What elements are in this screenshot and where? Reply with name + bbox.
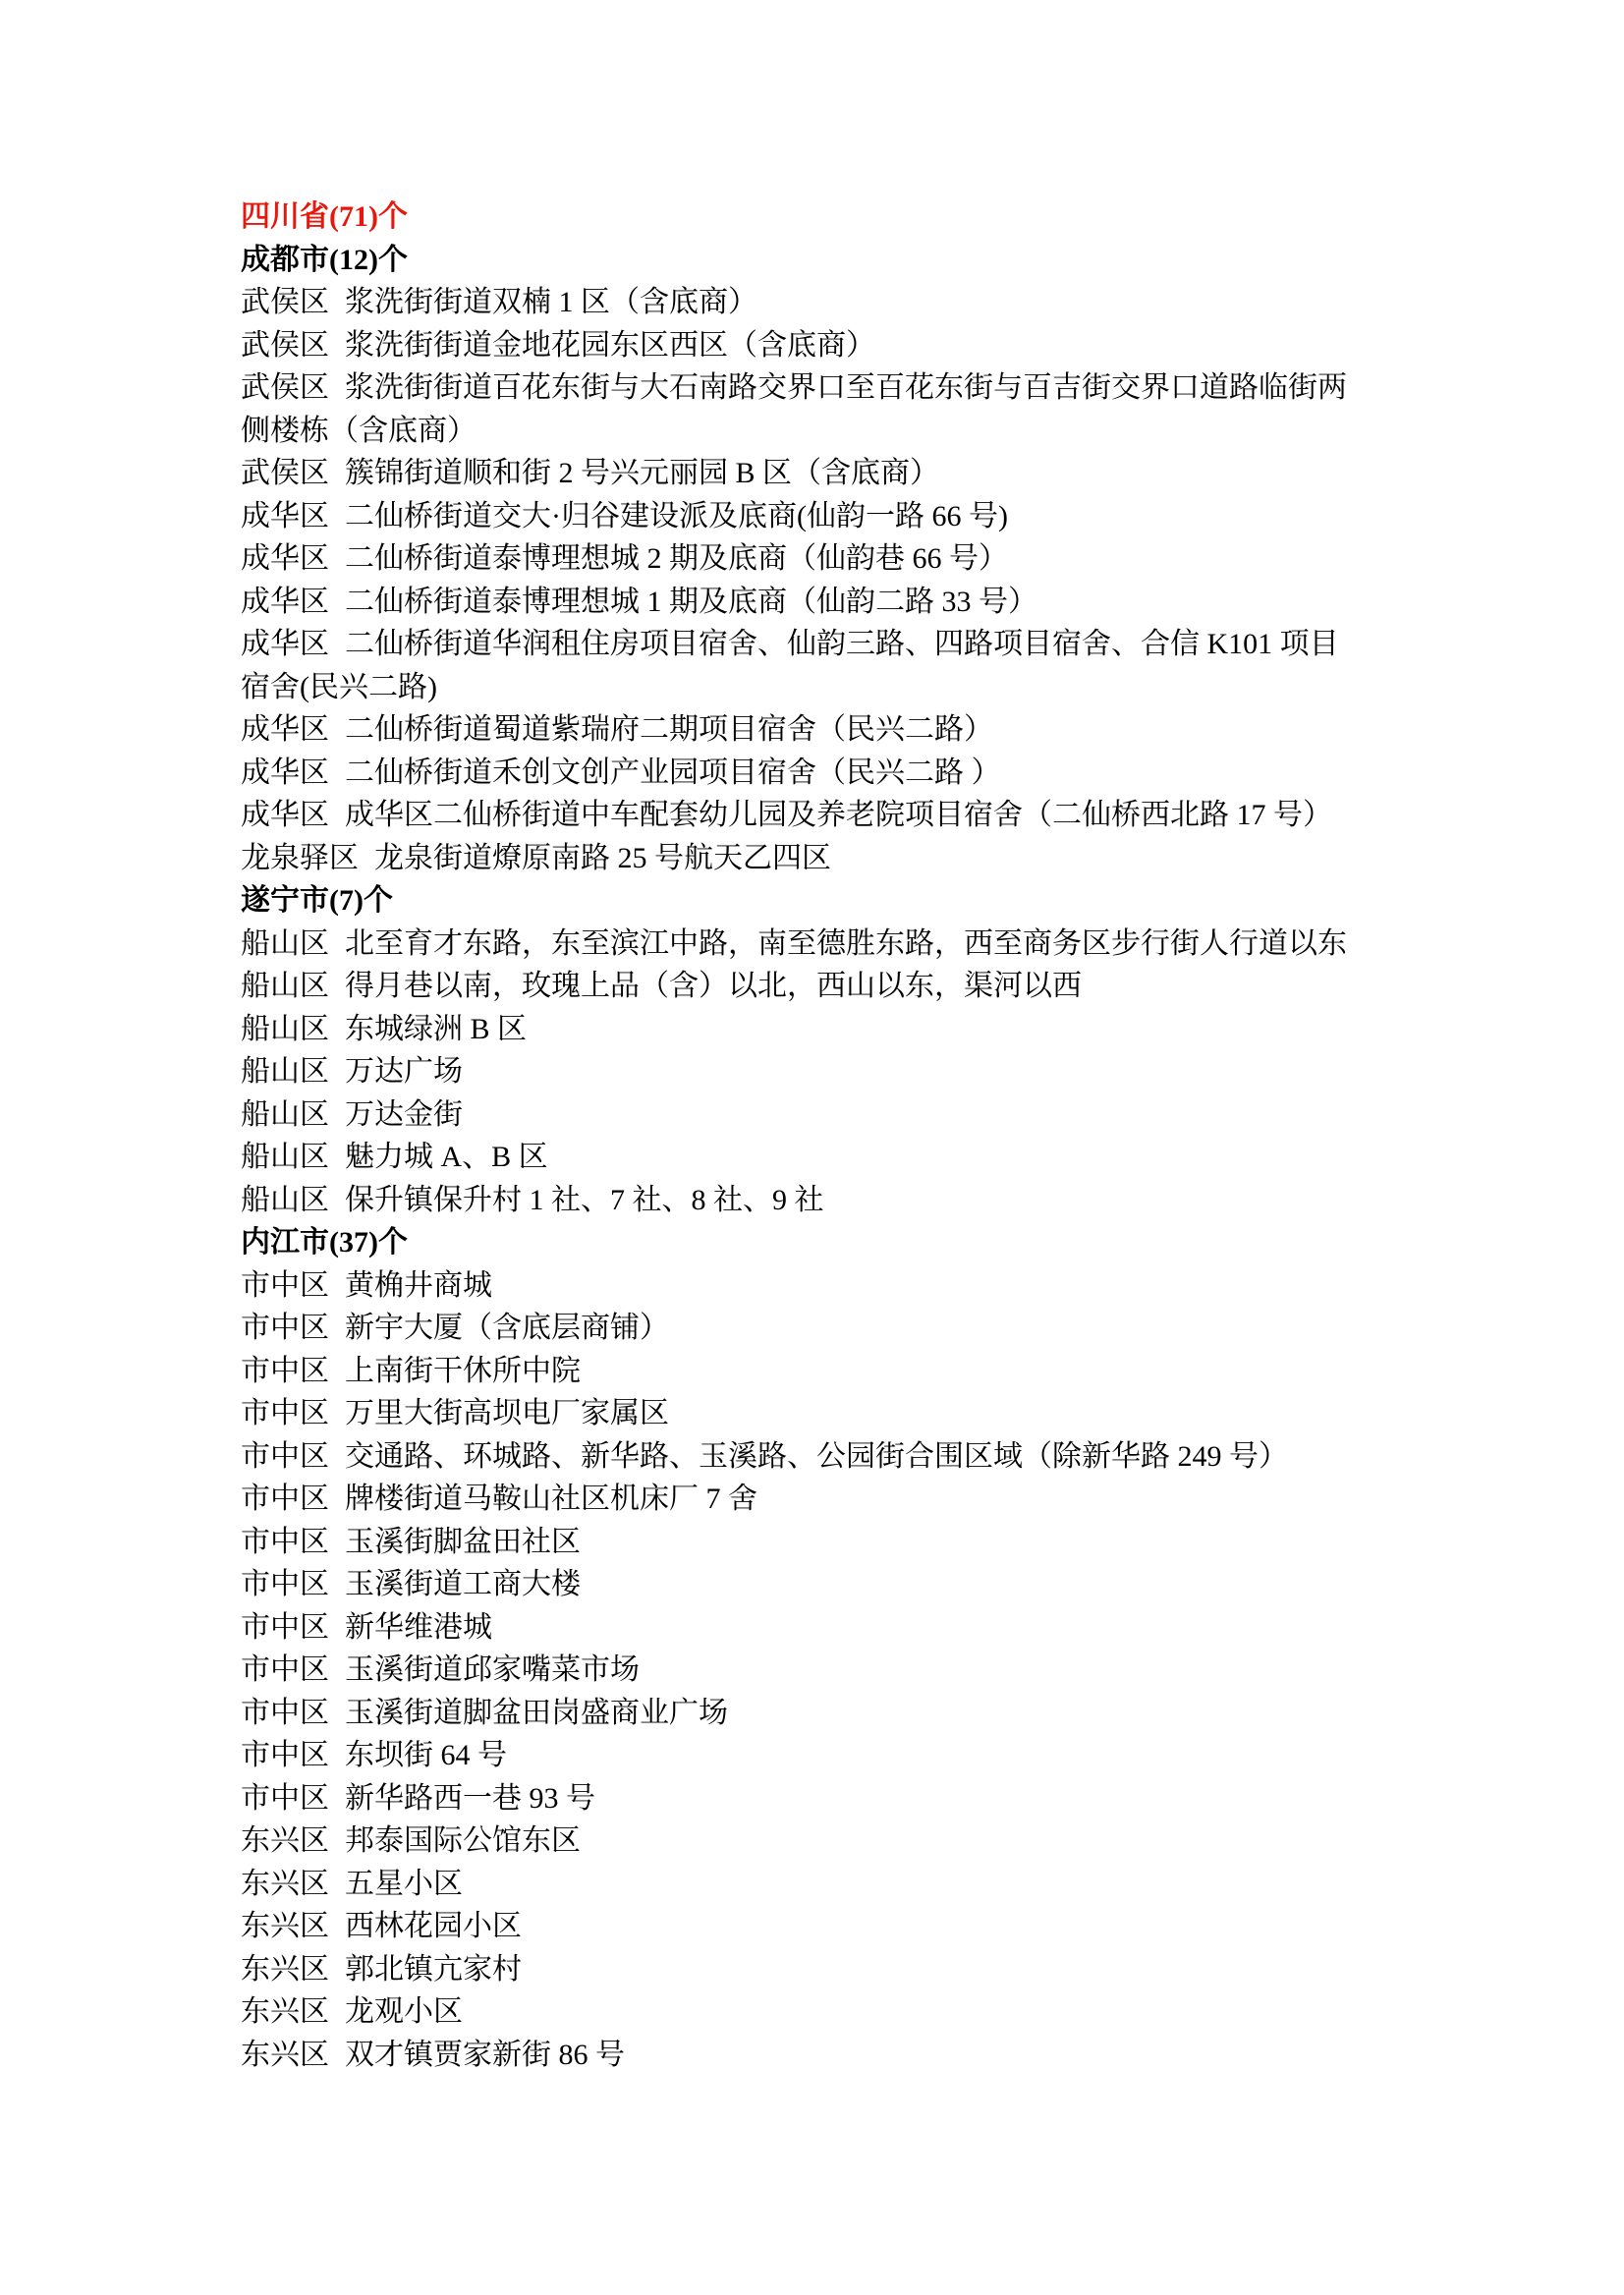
district-label: 市中区: [241, 1697, 329, 1729]
entry-row: 东兴区龙观小区: [241, 1990, 1400, 2034]
district-label: 市中区: [241, 1739, 329, 1771]
address-text: 簇锦街道顺和街 2 号兴元丽园 B 区（含底商）: [345, 457, 939, 489]
entry-row: 船山区魅力城 A、B 区: [241, 1136, 1400, 1179]
entry-row: 船山区万达广场: [241, 1050, 1400, 1093]
district-label: 市中区: [241, 1568, 329, 1600]
entry-row: 东兴区邦泰国际公馆东区: [241, 1819, 1400, 1863]
address-text: 东城绿洲 B 区: [345, 1013, 527, 1045]
entry-row: 龙泉驿区龙泉街道燎原南路 25 号航天乙四区: [241, 837, 1400, 880]
district-label: 市中区: [241, 1397, 329, 1429]
district-label: 船山区: [241, 1013, 329, 1045]
entry-row: 成华区二仙桥街道泰博理想城 2 期及底商（仙韵巷 66 号）: [241, 537, 1400, 581]
address-text: 邦泰国际公馆东区: [345, 1824, 581, 1857]
district-label: 船山区: [241, 970, 329, 1002]
entry-row: 市中区上南街干休所中院: [241, 1350, 1400, 1393]
district-label: 市中区: [241, 1653, 329, 1686]
entry-row: 市中区玉溪街脚盆田社区: [241, 1521, 1400, 1564]
entry-row: 船山区万达金街: [241, 1093, 1400, 1137]
address-text: 二仙桥街道泰博理想城 2 期及底商（仙韵巷 66 号）: [345, 542, 1008, 575]
district-label: 成华区: [241, 628, 329, 660]
district-label: 东兴区: [241, 1910, 329, 1942]
address-text: 北至育才东路，东至滨江中路，南至德胜东路，西至商务区步行街人行道以东: [345, 927, 1347, 960]
entry-row: 市中区新华维港城: [241, 1606, 1400, 1650]
entry-row: 武侯区浆洗街街道金地花园东区西区（含底商）: [241, 324, 1400, 367]
district-label: 武侯区: [241, 371, 329, 404]
entry-row: 市中区玉溪街道工商大楼: [241, 1563, 1400, 1606]
entry-row: 成华区二仙桥街道交大·归谷建设派及底商(仙韵一路 66 号): [241, 495, 1400, 538]
district-label: 市中区: [241, 1483, 329, 1515]
address-text: 西林花园小区: [345, 1910, 522, 1942]
district-label: 市中区: [241, 1269, 329, 1302]
address-text: 魅力城 A、B 区: [345, 1141, 548, 1173]
district-label: 东兴区: [241, 1824, 329, 1857]
district-label: 船山区: [241, 1184, 329, 1216]
entry-row: 成华区二仙桥街道蜀道紫瑞府二期项目宿舍（民兴二路）: [241, 708, 1400, 752]
address-text: 黄桷井商城: [345, 1269, 492, 1302]
address-text: 二仙桥街道蜀道紫瑞府二期项目宿舍（民兴二路）: [345, 713, 993, 746]
address-text: 龙泉街道燎原南路 25 号航天乙四区: [374, 842, 831, 874]
address-text: 浆洗街街道双楠 1 区（含底商）: [345, 286, 757, 318]
address-text: 双才镇贾家新街 86 号: [345, 2039, 625, 2071]
address-text: 保升镇保升村 1 社、7 社、8 社、9 社: [345, 1184, 824, 1216]
address-text: 玉溪街道脚盆田岗盛商业广场: [345, 1697, 728, 1729]
entry-row: 武侯区浆洗街街道百花东街与大石南路交界口至百花东街与百吉街交界口道路临街两: [241, 366, 1400, 410]
address-text: 玉溪街道邱家嘴菜市场: [345, 1653, 640, 1686]
entry-row: 市中区牌楼街道马鞍山社区机床厂 7 舍: [241, 1478, 1400, 1521]
address-text: 二仙桥街道华润租住房项目宿舍、仙韵三路、四路项目宿舍、合信 K101 项目: [345, 628, 1339, 660]
entry-row: 船山区东城绿洲 B 区: [241, 1008, 1400, 1051]
entry-row: 市中区东坝街 64 号: [241, 1734, 1400, 1777]
address-text: 新华路西一巷 93 号: [345, 1782, 595, 1815]
address-text: 五星小区: [345, 1868, 463, 1900]
address-text: 万达广场: [345, 1055, 463, 1088]
address-text: 得月巷以南，玫瑰上品（含）以北，西山以东，渠河以西: [345, 970, 1082, 1002]
district-label: 东兴区: [241, 1868, 329, 1900]
district-label: 市中区: [241, 1782, 329, 1815]
entry-row: 东兴区双才镇贾家新街 86 号: [241, 2034, 1400, 2077]
address-text: 交通路、环城路、新华路、玉溪路、公园街合围区域（除新华路 249 号）: [345, 1440, 1288, 1473]
entry-row: 市中区新宇大厦（含底层商铺）: [241, 1307, 1400, 1350]
district-label: 船山区: [241, 1098, 329, 1131]
entry-row: 成华区二仙桥街道泰博理想城 1 期及底商（仙韵二路 33 号）: [241, 581, 1400, 624]
entry-row: 武侯区浆洗街街道双楠 1 区（含底商）: [241, 281, 1400, 324]
address-text: 牌楼街道马鞍山社区机床厂 7 舍: [345, 1483, 757, 1515]
entry-row: 东兴区郭北镇亢家村: [241, 1948, 1400, 1991]
entry-row: 市中区万里大街高坝电厂家属区: [241, 1392, 1400, 1435]
district-label: 船山区: [241, 1055, 329, 1088]
entry-row: 船山区保升镇保升村 1 社、7 社、8 社、9 社: [241, 1179, 1400, 1222]
address-text: 新华维港城: [345, 1611, 492, 1644]
district-label: 市中区: [241, 1312, 329, 1344]
district-label: 市中区: [241, 1355, 329, 1387]
address-text: 新宇大厦（含底层商铺）: [345, 1312, 669, 1344]
district-label: 船山区: [241, 1141, 329, 1173]
address-text: 二仙桥街道泰博理想城 1 期及底商（仙韵二路 33 号）: [345, 586, 1037, 618]
entry-row: 船山区北至育才东路，东至滨江中路，南至德胜东路，西至商务区步行街人行道以东: [241, 923, 1400, 966]
address-text: 东坝街 64 号: [345, 1739, 507, 1771]
district-label: 市中区: [241, 1611, 329, 1644]
district-label: 成华区: [241, 542, 329, 575]
province-header: 四川省(71)个: [241, 196, 1400, 239]
district-label: 成华区: [241, 756, 329, 789]
district-label: 武侯区: [241, 457, 329, 489]
entry-row: 市中区黄桷井商城: [241, 1264, 1400, 1308]
address-text: 成华区二仙桥街道中车配套幼儿园及养老院项目宿舍（二仙桥西北路 17 号）: [345, 799, 1332, 831]
entry-row: 市中区交通路、环城路、新华路、玉溪路、公园街合围区域（除新华路 249 号）: [241, 1435, 1400, 1479]
district-label: 成华区: [241, 500, 329, 532]
district-label: 成华区: [241, 713, 329, 746]
address-text: 万里大街高坝电厂家属区: [345, 1397, 669, 1429]
district-label: 武侯区: [241, 286, 329, 318]
document-body: 四川省(71)个成都市(12)个武侯区浆洗街街道双楠 1 区（含底商）武侯区浆洗…: [241, 196, 1400, 2076]
district-label: 东兴区: [241, 2039, 329, 2071]
city-header: 成都市(12)个: [241, 239, 1400, 282]
address-text: 玉溪街道工商大楼: [345, 1568, 581, 1600]
district-label: 船山区: [241, 927, 329, 960]
entry-row: 市中区新华路西一巷 93 号: [241, 1777, 1400, 1820]
district-label: 成华区: [241, 586, 329, 618]
entry-row: 船山区得月巷以南，玫瑰上品（含）以北，西山以东，渠河以西: [241, 965, 1400, 1008]
document-page: 四川省(71)个成都市(12)个武侯区浆洗街街道双楠 1 区（含底商）武侯区浆洗…: [0, 0, 1624, 2295]
address-text: 二仙桥街道交大·归谷建设派及底商(仙韵一路 66 号): [345, 500, 1008, 532]
entry-row: 东兴区西林花园小区: [241, 1905, 1400, 1948]
address-text: 上南街干休所中院: [345, 1355, 581, 1387]
district-label: 龙泉驿区: [241, 842, 359, 874]
address-text: 浆洗街街道百花东街与大石南路交界口至百花东街与百吉街交界口道路临街两: [345, 371, 1347, 404]
district-label: 市中区: [241, 1440, 329, 1473]
entry-row: 武侯区簇锦街道顺和街 2 号兴元丽园 B 区（含底商）: [241, 452, 1400, 495]
city-header: 遂宁市(7)个: [241, 879, 1400, 923]
address-text: 浆洗街街道金地花园东区西区（含底商）: [345, 329, 875, 362]
entry-continuation-row: 宿舍(民兴二路): [241, 666, 1400, 709]
district-label: 市中区: [241, 1526, 329, 1558]
district-label: 东兴区: [241, 1953, 329, 1986]
district-label: 武侯区: [241, 329, 329, 362]
entry-row: 成华区二仙桥街道禾创文创产业园项目宿舍（民兴二路 ）: [241, 752, 1400, 795]
entry-row: 市中区玉溪街道邱家嘴菜市场: [241, 1649, 1400, 1692]
district-label: 成华区: [241, 799, 329, 831]
entry-continuation-row: 侧楼栋（含底商）: [241, 410, 1400, 453]
city-header: 内江市(37)个: [241, 1221, 1400, 1264]
address-text: 龙观小区: [345, 1995, 463, 2028]
entry-row: 市中区玉溪街道脚盆田岗盛商业广场: [241, 1692, 1400, 1735]
address-text: 玉溪街脚盆田社区: [345, 1526, 581, 1558]
entry-row: 东兴区五星小区: [241, 1863, 1400, 1906]
address-text: 二仙桥街道禾创文创产业园项目宿舍（民兴二路 ）: [345, 756, 1001, 789]
district-label: 东兴区: [241, 1995, 329, 2028]
address-text: 万达金街: [345, 1098, 463, 1131]
entry-row: 成华区二仙桥街道华润租住房项目宿舍、仙韵三路、四路项目宿舍、合信 K101 项目: [241, 623, 1400, 666]
entry-row: 成华区成华区二仙桥街道中车配套幼儿园及养老院项目宿舍（二仙桥西北路 17 号）: [241, 794, 1400, 837]
address-text: 郭北镇亢家村: [345, 1953, 522, 1986]
